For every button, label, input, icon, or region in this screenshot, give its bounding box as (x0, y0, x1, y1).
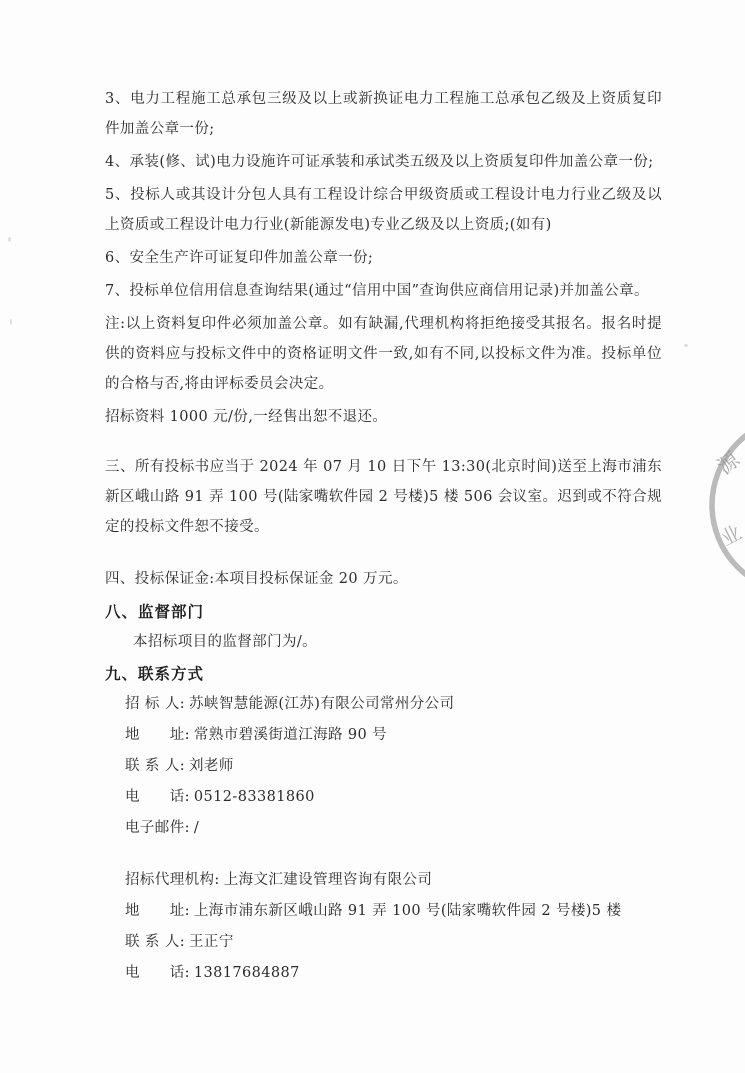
heading-contact: 九、联系方式 (105, 659, 662, 689)
scan-speck (684, 344, 688, 347)
contact-label: 电 话: (125, 789, 190, 805)
supervision-line: 本招标项目的监督部门为/。 (105, 627, 662, 657)
contact-value: 苏峡智慧能源(江苏)有限公司常州分公司 (185, 696, 454, 712)
tenderer-contact-block: 招 标 人:苏峡智慧能源(江苏)有限公司常州分公司 地 址:常熟市碧溪街道江海路… (105, 689, 662, 843)
contact-row-tenderer-email: 电子邮件:/ (125, 813, 662, 843)
requirement-item-4: 4、承装(修、试)电力设施许可证承装和承试类五级及以上资质复印件加盖公章一份; (105, 147, 662, 177)
contact-label: 地 址: (125, 903, 190, 919)
contact-row-tenderer-phone: 电 话:0512-83381860 (125, 782, 662, 812)
tender-notice-body: 3、电力工程施工总承包三级及以上或新换证电力工程施工总承包乙级及上资质复印件加盖… (105, 84, 662, 989)
contact-value: 常熟市碧溪街道江海路 90 号 (190, 727, 387, 743)
contact-row-tenderer-person: 联 系 人:刘老师 (125, 751, 662, 781)
requirement-item-6: 6、安全生产许可证复印件加盖公章一份; (105, 243, 662, 273)
section-delivery: 三、所有投标书应当于 2024 年 07 月 10 日下午 13:30(北京时间… (105, 452, 662, 542)
contact-label: 地 址: (125, 727, 190, 743)
section-deposit: 四、投标保证金:本项目投标保证金 20 万元。 (105, 564, 662, 594)
contact-value: 13817684887 (190, 965, 300, 981)
contact-row-agency-phone: 电 话:13817684887 (125, 958, 662, 988)
contact-value: / (190, 820, 199, 836)
scan-speck (8, 237, 11, 242)
heading-supervision: 八、监督部门 (105, 597, 662, 627)
contact-value: 刘老师 (185, 758, 234, 774)
contact-value: 0512-83381860 (190, 789, 315, 805)
contact-label: 联 系 人: (125, 758, 185, 774)
contact-label: 电 话: (125, 965, 190, 981)
contact-label: 电子邮件: (125, 820, 190, 836)
requirement-item-5: 5、投标人或其设计分包人具有工程设计综合甲级资质或工程设计电力行业乙级及以上资质… (105, 180, 662, 240)
fee-line: 招标资料 1000 元/份,一经售出恕不退还。 (105, 402, 662, 432)
requirement-item-3: 3、电力工程施工总承包三级及以上或新换证电力工程施工总承包乙级及上资质复印件加盖… (105, 84, 662, 144)
company-seal-fragment: 源 业 (698, 412, 745, 592)
contact-label: 招标代理机构: (125, 872, 220, 888)
requirement-item-7: 7、投标单位信用信息查询结果(通过“信用中国”查询供应商信用记录)并加盖公章。 (105, 276, 662, 306)
contact-label: 招 标 人: (125, 696, 185, 712)
document-page: 3、电力工程施工总承包三级及以上或新换证电力工程施工总承包乙级及上资质复印件加盖… (0, 0, 745, 1073)
contact-row-agency-person: 联 系 人:王正宁 (125, 927, 662, 957)
contact-value: 上海文汇建设管理咨询有限公司 (220, 872, 433, 888)
contact-row-tenderer-name: 招 标 人:苏峡智慧能源(江苏)有限公司常州分公司 (125, 689, 662, 719)
note-paragraph: 注:以上资料复印件必须加盖公章。如有缺漏,代理机构将拒绝接受其报名。报名时提供的… (105, 309, 662, 399)
contact-row-agency-address: 地 址:上海市浦东新区峨山路 91 弄 100 号(陆家嘴软件园 2 号楼)5 … (125, 896, 662, 926)
contact-value: 上海市浦东新区峨山路 91 弄 100 号(陆家嘴软件园 2 号楼)5 楼 (190, 903, 621, 919)
scan-speck (10, 319, 12, 325)
contact-row-agency-name: 招标代理机构:上海文汇建设管理咨询有限公司 (125, 865, 662, 895)
agency-contact-block: 招标代理机构:上海文汇建设管理咨询有限公司 地 址:上海市浦东新区峨山路 91 … (105, 865, 662, 988)
contact-value: 王正宁 (185, 934, 234, 950)
seal-char-icon: 源 (713, 447, 745, 479)
contact-label: 联 系 人: (125, 934, 185, 950)
seal-char-icon: 业 (717, 520, 745, 550)
contact-row-tenderer-address: 地 址:常熟市碧溪街道江海路 90 号 (125, 720, 662, 750)
